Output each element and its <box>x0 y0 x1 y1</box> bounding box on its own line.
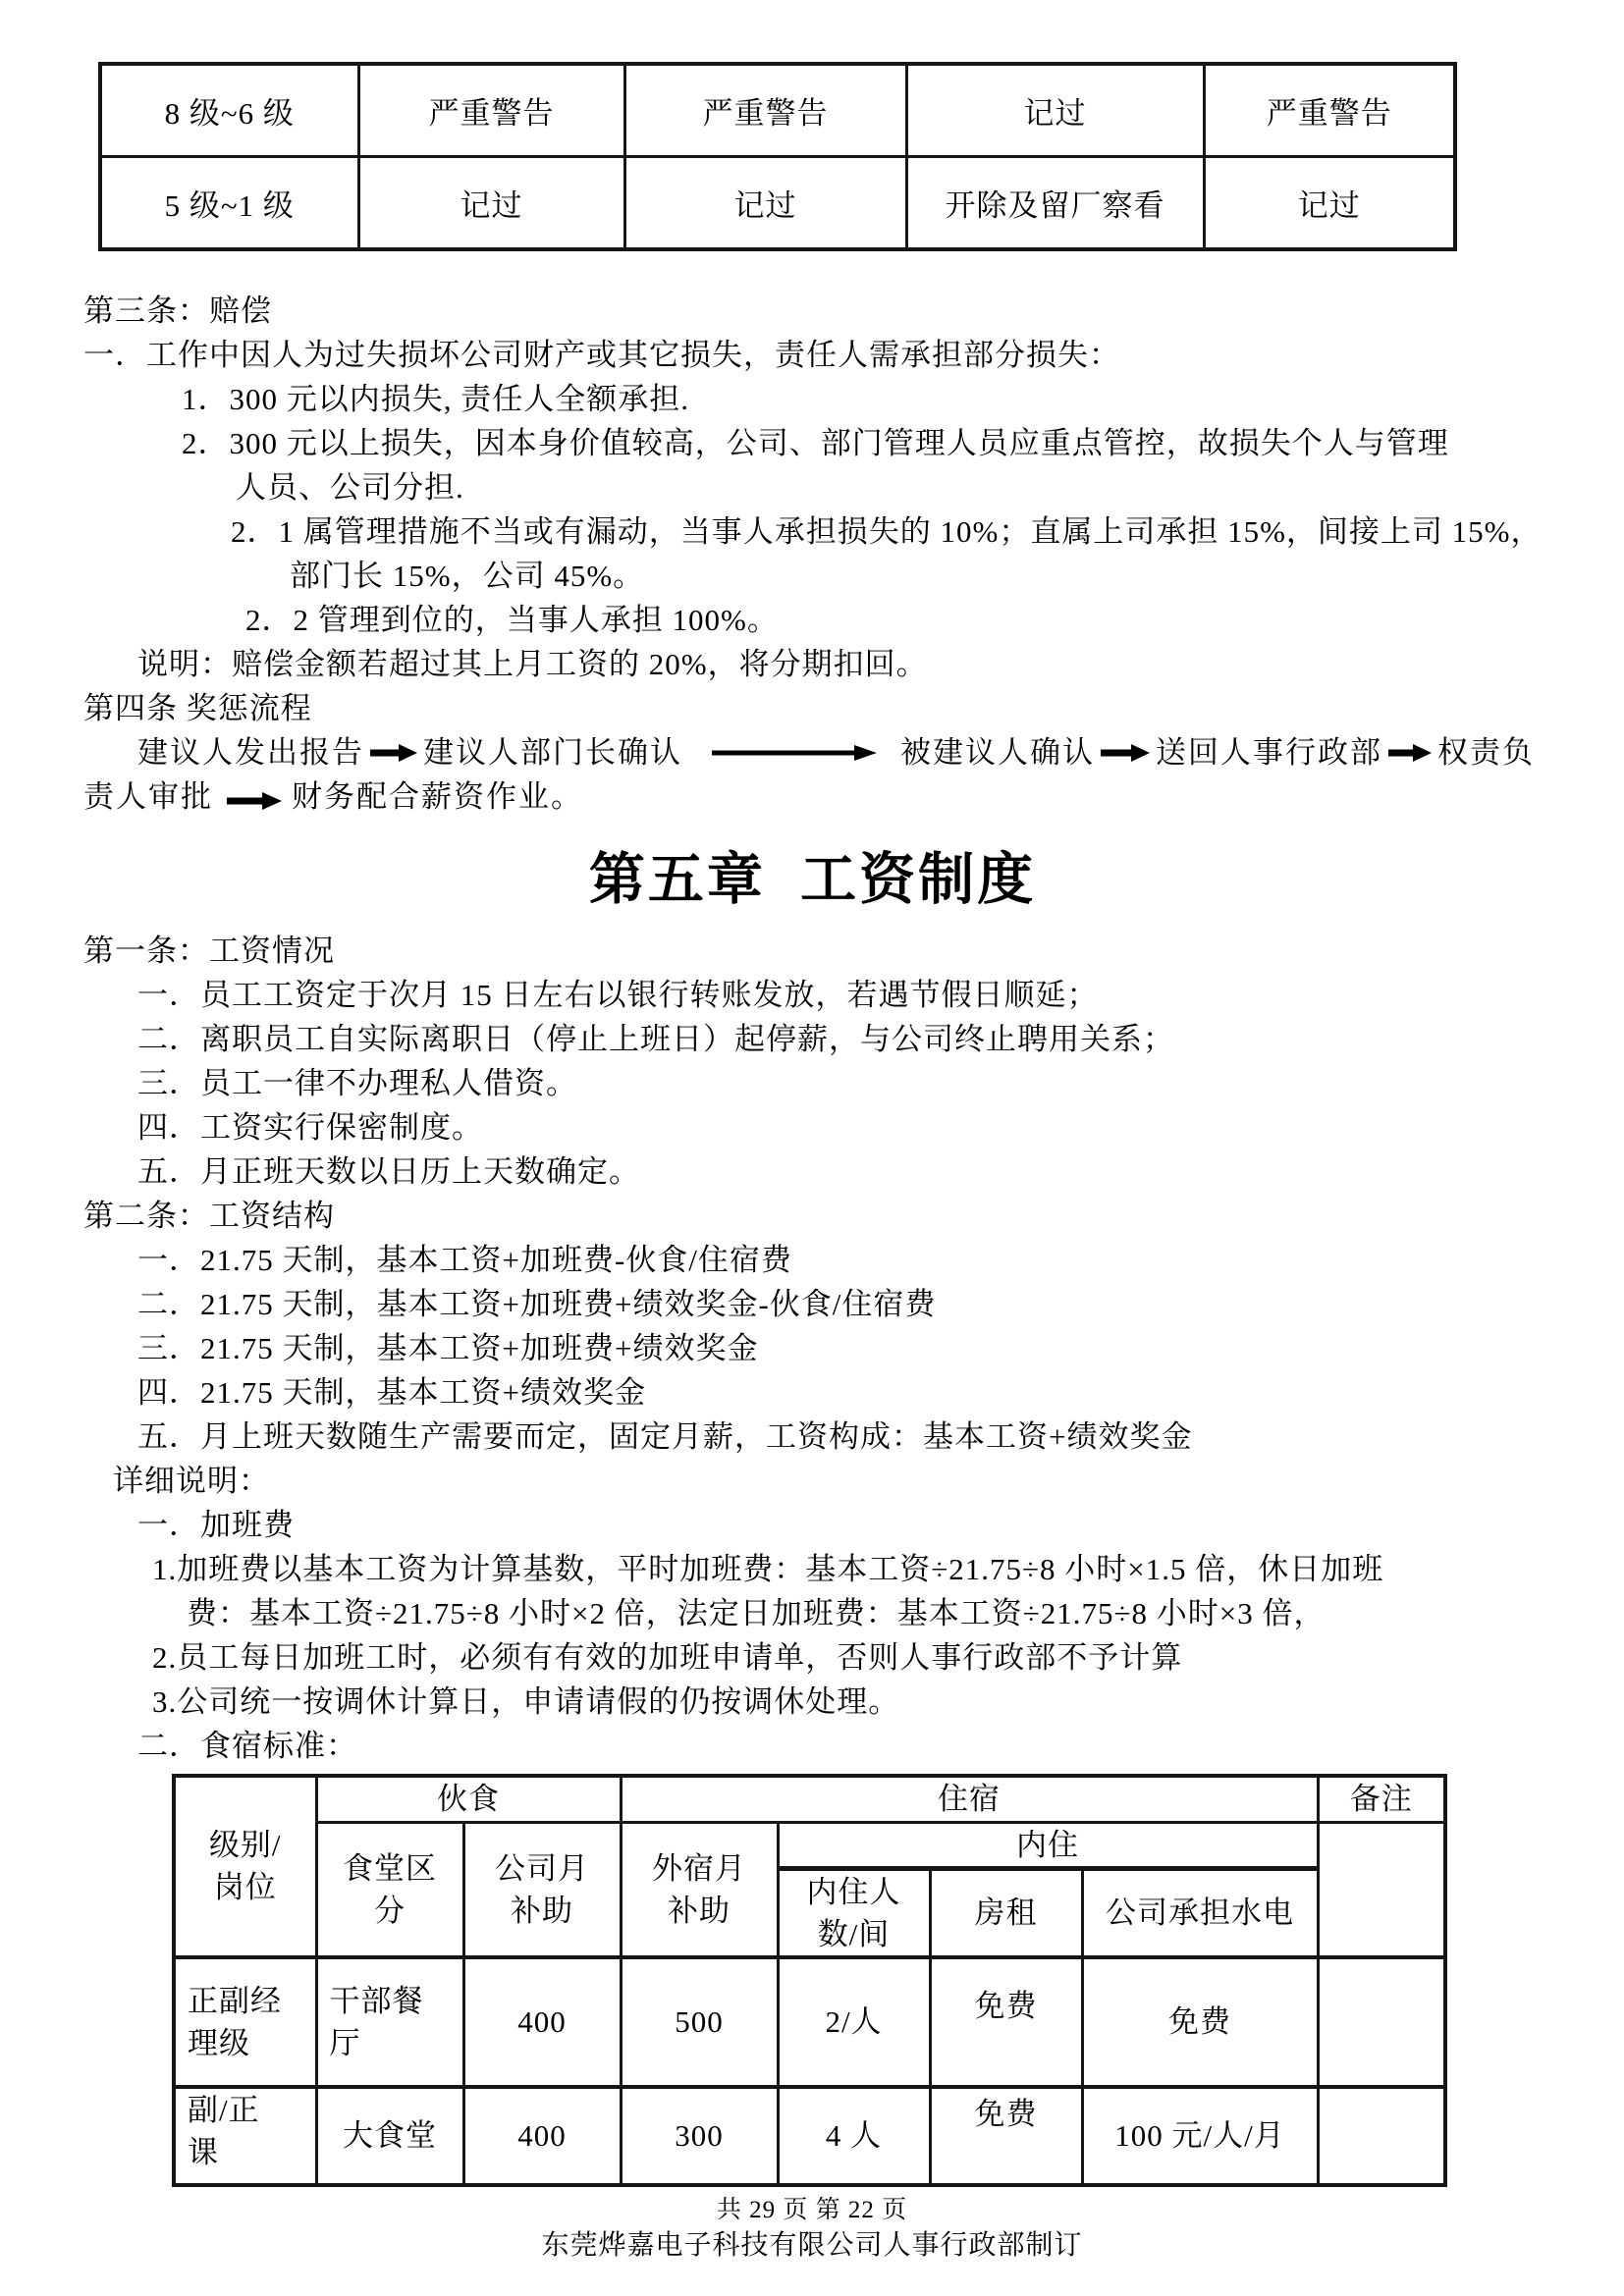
header-cell-inside-people: 内住人数/间 <box>778 1868 930 1957</box>
table-cell: 免费 <box>930 2087 1082 2185</box>
document-content: 8 级~6 级 严重警告 严重警告 记过 严重警告 5 级~1 级 记过 记过 … <box>83 62 1542 2187</box>
table-cell: 记过 <box>624 157 906 250</box>
list-item: 二．离职员工自实际离职日（停止上班日）起停薪，与公司终止聘用关系； <box>83 1017 1542 1061</box>
table-cell: 干部餐厅 <box>316 1957 463 2087</box>
table-cell: 500 <box>621 1957 778 2087</box>
flow-node: 建议人发出报告 <box>137 730 364 774</box>
header-cell-meal: 伙食 <box>316 1776 621 1822</box>
table-row: 8 级~6 级 严重警告 严重警告 记过 严重警告 <box>100 64 1455 157</box>
header-cell-inside: 内住 <box>778 1822 1318 1868</box>
list-item: 四．工资实行保密制度。 <box>83 1105 1542 1149</box>
header-cell-company-subsidy: 公司月补助 <box>463 1822 621 1957</box>
header-cell-outside-subsidy: 外宿月补助 <box>621 1822 778 1957</box>
body-line: 1．300 元以内损失, 责任人全额承担. <box>83 377 1542 421</box>
flow-arrow-icon <box>712 742 877 764</box>
body-line: 2.员工每日加班工时，必须有有效的加班申请单，否则人事行政部不予计算 <box>83 1635 1542 1680</box>
chapter-title: 第五章 工资制度 <box>83 846 1542 915</box>
spacer <box>83 251 1542 289</box>
body-line: 3.公司统一按调休计算日，申请请假的仍按调休处理。 <box>83 1680 1542 1724</box>
flow-node: 财务配合薪资作业。 <box>292 774 583 819</box>
list-item: 三．员工一律不办理私人借资。 <box>83 1061 1542 1105</box>
table-cell: 4 人 <box>778 2087 930 2185</box>
header-cell-level: 级别/岗位 <box>174 1776 316 1957</box>
header-cell-lodging: 住宿 <box>621 1776 1318 1822</box>
table-cell <box>1318 1957 1445 2087</box>
section5-2-title: 第二条：工资结构 <box>83 1194 1542 1238</box>
body-line: 一．工作中因人为过失损坏公司财产或其它损失，责任人需承担部分损失： <box>83 333 1542 377</box>
page-number: 共 29 页 第 22 页 <box>0 2194 1624 2227</box>
table-cell <box>1318 2087 1445 2185</box>
table-cell: 400 <box>463 2087 621 2185</box>
details-sub2: 二．食宿标准： <box>83 1724 1542 1768</box>
table-cell: 严重警告 <box>624 64 906 157</box>
list-item: 五．月正班天数以日历上天数确定。 <box>83 1149 1542 1194</box>
table-cell: 记过 <box>906 64 1204 157</box>
document-page: 8 级~6 级 严重警告 严重警告 记过 严重警告 5 级~1 级 记过 记过 … <box>0 0 1624 2296</box>
lodging-table: 级别/岗位 伙食 住宿 备注 食堂区分 公司月补助 外宿月补助 内住 内住人数/… <box>172 1774 1447 2187</box>
list-item: 三．21.75 天制，基本工资+加班费+绩效奖金 <box>83 1326 1542 1370</box>
table-row: 食堂区分 公司月补助 外宿月补助 内住 <box>174 1822 1445 1868</box>
table-cell: 严重警告 <box>358 64 624 157</box>
body-line: 2．1 属管理措施不当或有漏动，当事人承担损失的 10%；直属上司承担 15%，… <box>83 509 1542 554</box>
table-cell: 300 <box>621 2087 778 2185</box>
table-cell: 严重警告 <box>1204 64 1455 157</box>
body-line: 1.加班费以基本工资为计算基数，平时加班费：基本工资÷21.75÷8 小时×1.… <box>83 1547 1542 1591</box>
header-cell-canteen: 食堂区分 <box>316 1822 463 1957</box>
flow-diagram-line1: 建议人发出报告 建议人部门长确认 被建议人确认 送回人事行政部 权责负 <box>83 730 1542 774</box>
header-cell-utilities: 公司承担水电 <box>1082 1868 1318 1957</box>
body-line: 2．300 元以上损失，因本身价值较高，公司、部门管理人员应重点管控，故损失个人… <box>83 421 1542 465</box>
page-footer: 共 29 页 第 22 页 东莞烨嘉电子科技有限公司人事行政部制订 <box>0 2194 1624 2265</box>
list-item: 五．月上班天数随生产需要而定，固定月薪，工资构成：基本工资+绩效奖金 <box>83 1415 1542 1459</box>
list-item: 一．员工工资定于次月 15 日左右以银行转账发放，若遇节假日顺延； <box>83 973 1542 1017</box>
table-cell: 2/人 <box>778 1957 930 2087</box>
flow-arrow-icon <box>370 742 417 764</box>
list-item: 四．21.75 天制，基本工资+绩效奖金 <box>83 1370 1542 1415</box>
table-cell: 100 元/人/月 <box>1082 2087 1318 2185</box>
table-row: 级别/岗位 伙食 住宿 备注 <box>174 1776 1445 1822</box>
section5-1-title: 第一条：工资情况 <box>83 929 1542 973</box>
body-line: 费：基本工资÷21.75÷8 小时×2 倍，法定日加班费：基本工资÷21.75÷… <box>83 1591 1542 1635</box>
table-cell: 正副经理级 <box>174 1957 316 2087</box>
header-cell-remark-empty <box>1318 1822 1445 1957</box>
list-item: 二．21.75 天制，基本工资+加班费+绩效奖金-伙食/住宿费 <box>83 1282 1542 1326</box>
table-cell: 记过 <box>1204 157 1455 250</box>
table-row: 副/正课 大食堂 400 300 4 人 免费 100 元/人/月 <box>174 2087 1445 2185</box>
table-cell: 免费 <box>930 1957 1082 2087</box>
table-cell: 大食堂 <box>316 2087 463 2185</box>
section3-title: 第三条：赔偿 <box>83 289 1542 333</box>
flow-node: 权责负 <box>1437 730 1535 774</box>
body-line: 2．2 管理到位的，当事人承担 100%。 <box>83 598 1542 642</box>
flow-arrow-icon <box>227 790 282 812</box>
flow-arrow-icon <box>1388 742 1432 764</box>
details-title: 详细说明： <box>83 1459 1542 1503</box>
table-row: 5 级~1 级 记过 记过 开除及留厂察看 记过 <box>100 157 1455 250</box>
table-cell: 400 <box>463 1957 621 2087</box>
flow-diagram-line2: 责人审批 财务配合薪资作业。 <box>83 774 1542 819</box>
table-cell: 5 级~1 级 <box>100 157 358 250</box>
details-sub1: 一．加班费 <box>83 1503 1542 1547</box>
body-line: 部门长 15%，公司 45%。 <box>83 554 1542 598</box>
flow-node: 建议人部门长确认 <box>423 730 682 774</box>
section4-title: 第四条 奖惩流程 <box>83 686 1542 730</box>
list-item: 一．21.75 天制，基本工资+加班费-伙食/住宿费 <box>83 1238 1542 1282</box>
table-cell: 8 级~6 级 <box>100 64 358 157</box>
body-line: 说明：赔偿金额若超过其上月工资的 20%，将分期扣回。 <box>83 642 1542 686</box>
flow-node: 送回人事行政部 <box>1156 730 1382 774</box>
flow-arrow-icon <box>1101 742 1150 764</box>
header-cell-rent: 房租 <box>930 1868 1082 1957</box>
table-cell: 免费 <box>1082 1957 1318 2087</box>
footer-issuer: 东莞烨嘉电子科技有限公司人事行政部制订 <box>0 2227 1624 2265</box>
table-cell: 开除及留厂察看 <box>906 157 1204 250</box>
discipline-table: 8 级~6 级 严重警告 严重警告 记过 严重警告 5 级~1 级 记过 记过 … <box>98 62 1457 251</box>
table-row: 正副经理级 干部餐厅 400 500 2/人 免费 免费 <box>174 1957 1445 2087</box>
header-cell-remark: 备注 <box>1318 1776 1445 1822</box>
body-line: 人员、公司分担. <box>83 465 1542 509</box>
flow-node: 被建议人确认 <box>900 730 1095 774</box>
flow-node: 责人审批 <box>83 774 213 819</box>
table-cell: 副/正课 <box>174 2087 316 2185</box>
table-cell: 记过 <box>358 157 624 250</box>
